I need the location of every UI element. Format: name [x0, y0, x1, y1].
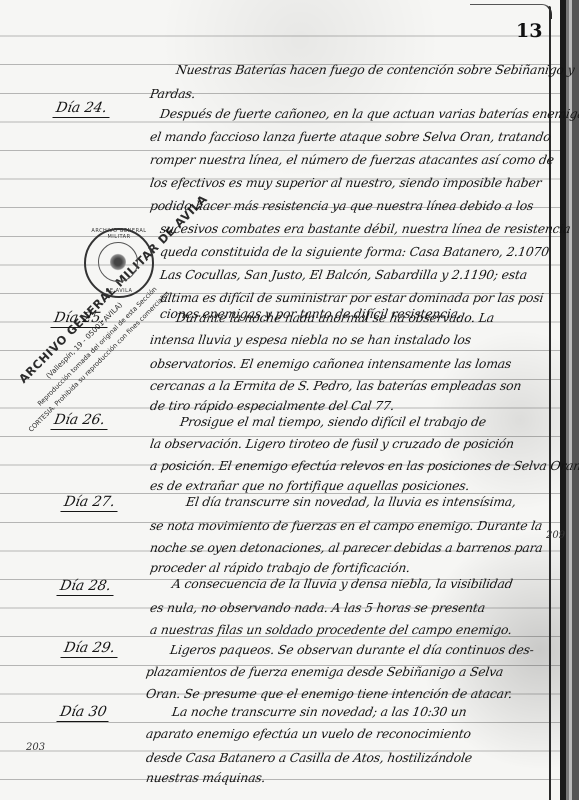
margin-corner — [470, 4, 552, 19]
seal-inner-ring — [98, 242, 138, 282]
day-label: Día 24. — [52, 100, 112, 118]
seal-bottom-text: DE AVILA — [86, 288, 152, 294]
day-label: Día 27. — [60, 494, 120, 512]
document-page: 13 ARCHIVO GENERAL MILITAR DE AVILA (Val… — [0, 0, 579, 800]
day-label: Día 28. — [56, 578, 116, 596]
margin-note: 203 — [26, 742, 45, 753]
day-label: Día 26. — [50, 412, 110, 430]
seal-top-text: ARCHIVO GENERAL MILITAR — [86, 228, 152, 240]
coat-of-arms-icon — [110, 253, 126, 271]
day-label: Día 30 — [56, 704, 112, 722]
intro-line: Nuestras Baterías hacen fuego de contenc… — [174, 56, 576, 85]
entry-line: nuestras máquinas. — [144, 764, 267, 793]
archive-seal-icon: ARCHIVO GENERAL MILITAR DE AVILA — [84, 228, 154, 298]
day-label: Día 25. — [50, 310, 110, 328]
day-label: Día 29. — [60, 640, 120, 658]
margin-note: 209 — [546, 530, 565, 541]
page-number: 13 — [516, 20, 542, 42]
